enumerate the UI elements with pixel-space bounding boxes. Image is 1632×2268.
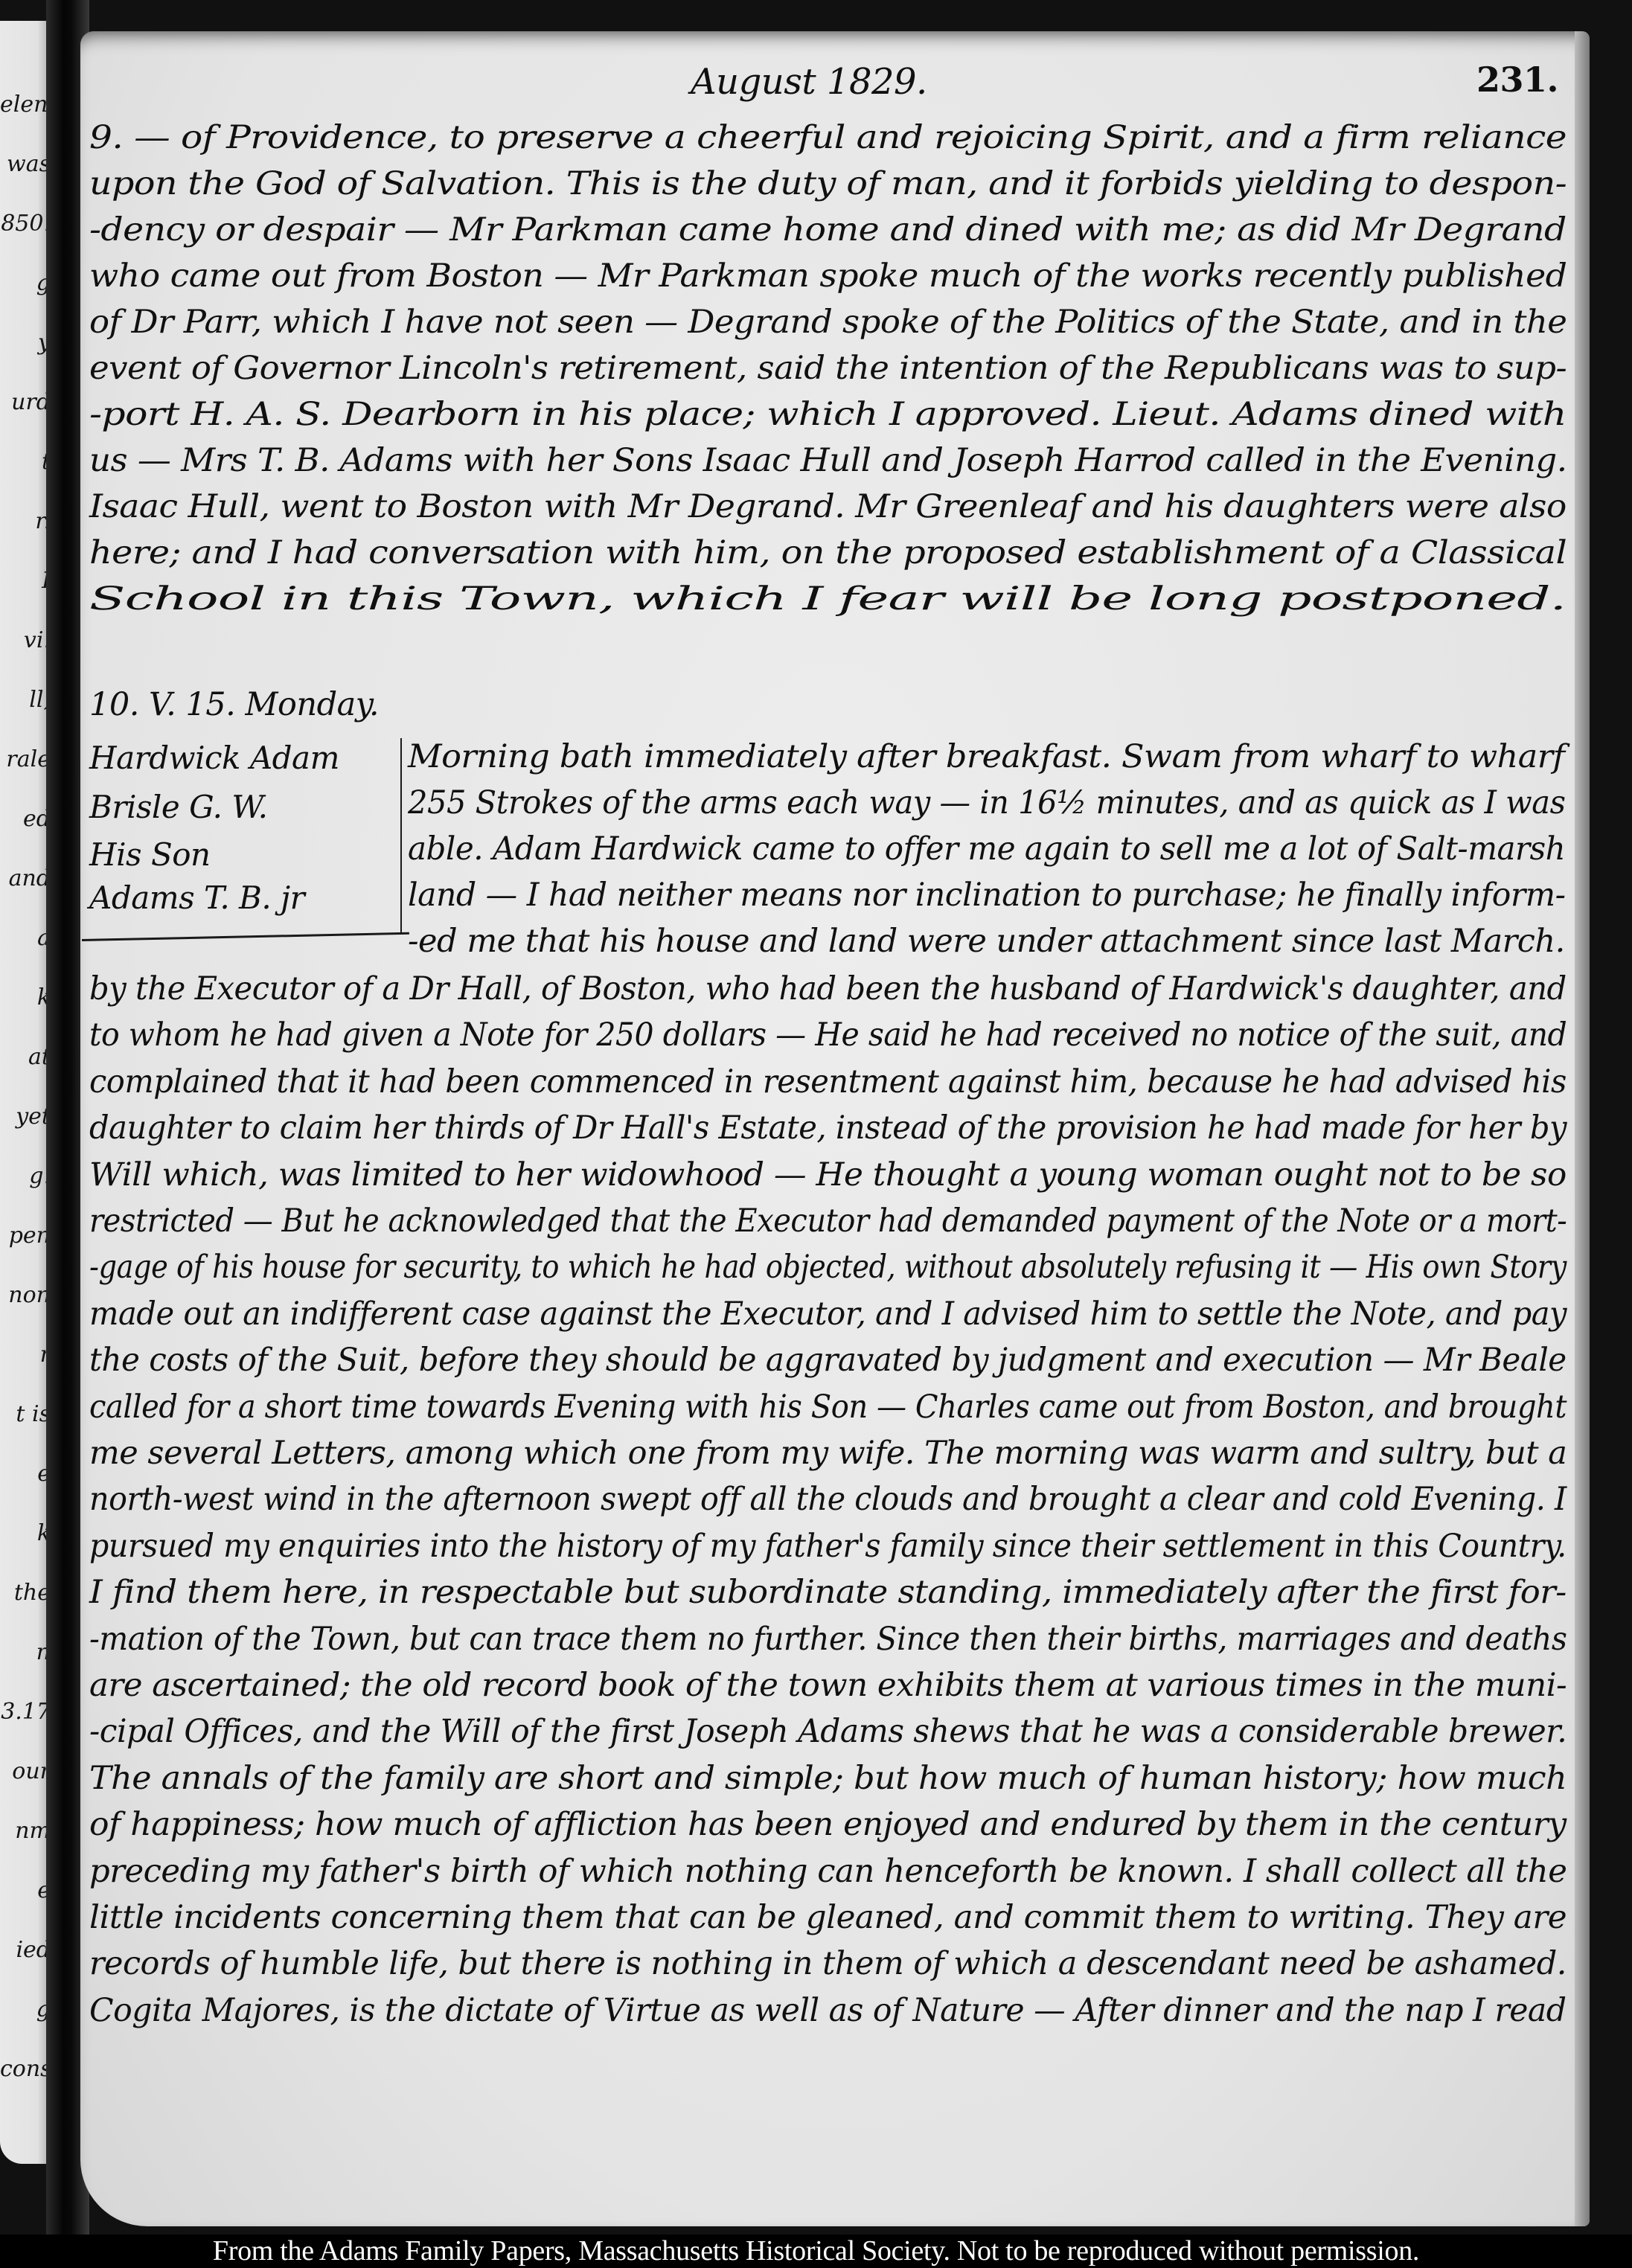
manuscript-line: event of Governor Lincoln's retirement, … [89, 350, 1567, 387]
left-page-text-fragment: e [0, 1877, 52, 1903]
manuscript-line: able. Adam Hardwick came to offer me aga… [408, 830, 1565, 868]
manuscript-line: the costs of the Suit, before they shoul… [89, 1342, 1567, 1379]
left-page-text-fragment: g. [0, 1163, 52, 1189]
manuscript-line: Will which, was limited to her widowhood… [89, 1156, 1567, 1194]
manuscript-line: -cipal Offices, and the Will of the firs… [89, 1713, 1567, 1750]
manuscript-line: us — Mrs T. B. Adams with her Sons Isaac… [89, 442, 1567, 479]
manuscript-line: Cogita Majores, is the dictate of Virtue… [89, 1992, 1567, 2029]
left-page-text-fragment: g [0, 1996, 52, 2022]
left-page-text-fragment: k [0, 984, 52, 1010]
manuscript-line: land — I had neither means nor inclinati… [408, 877, 1565, 914]
manuscript-line: -port H. A. S. Dearborn in his place; wh… [89, 396, 1567, 433]
manuscript-line: 255 Strokes of the arms each way — in 16… [408, 784, 1565, 821]
marginal-name: His Son [89, 836, 211, 873]
manuscript-line: of Dr Parr, which I have not seen — Degr… [89, 304, 1567, 341]
manuscript-line: 9. — of Providence, to preserve a cheerf… [89, 119, 1567, 156]
manuscript-line: -gage of his house for security, to whic… [89, 1249, 1567, 1286]
diary-page: August 1829. 231. 9. — of Providence, to… [80, 31, 1590, 2226]
manuscript-line: Morning bath immediately after breakfast… [408, 738, 1565, 775]
left-page-text-fragment: ed [0, 806, 52, 832]
left-page-text-fragment: k [0, 1520, 52, 1546]
left-page-text-fragment: t [0, 449, 52, 475]
left-page-text-fragment: the [0, 1580, 52, 1606]
manuscript-line: here; and I had conversation with him, o… [89, 534, 1567, 571]
left-page-text-fragment: 850. [0, 211, 52, 237]
manuscript-line: by the Executor of a Dr Hall, of Boston,… [89, 970, 1567, 1008]
marginal-name: Hardwick Adam [89, 740, 339, 776]
manuscript-line: little incidents concerning them that ca… [89, 1899, 1567, 1936]
page-edge [1575, 31, 1590, 2226]
margin-underline-rule [82, 932, 409, 941]
manuscript-line: upon the God of Salvation. This is the d… [89, 165, 1567, 202]
left-page-text-fragment: a [0, 925, 52, 951]
left-page-text-fragment: pen [0, 1223, 52, 1249]
page-heading: August 1829. [691, 61, 927, 103]
copyright-caption: From the Adams Family Papers, Massachuse… [0, 2235, 1632, 2268]
manuscript-line: who came out from Boston — Mr Parkman sp… [89, 257, 1567, 295]
left-page-text-fragment: r [0, 1342, 52, 1368]
left-page-text-fragment: n [0, 1639, 52, 1665]
manuscript-line: School in this Town, which I fear will b… [89, 580, 1566, 618]
left-page-text-fragment: 3.17 [0, 1699, 52, 1725]
manuscript-line: north-west wind in the afternoon swept o… [89, 1481, 1567, 1518]
manuscript-line: of happiness; how much of affliction has… [89, 1806, 1567, 1843]
manuscript-line: -ed me that his house and land were unde… [408, 923, 1565, 960]
left-page-text-fragment: ied [0, 1937, 52, 1963]
left-page-text-fragment: I [0, 568, 52, 594]
left-page-text-fragment: urd [0, 389, 52, 415]
manuscript-line: records of humble life, but there is not… [89, 1945, 1567, 1982]
left-page-text-fragment: elen. [0, 92, 52, 118]
left-page-text-fragment: e [0, 1461, 52, 1487]
manuscript-line: are ascertained; the old record book of … [89, 1667, 1567, 1704]
left-page-text-fragment: r. [0, 508, 52, 534]
manuscript-scan: elen.was850.gyurdtr.Ivi.ll,raleedandakat… [0, 0, 1632, 2235]
margin-bracket [400, 738, 402, 933]
manuscript-line: Isaac Hull, went to Boston with Mr Degra… [89, 488, 1567, 525]
left-page-text-fragment: non [0, 1282, 52, 1308]
manuscript-line: pursued my enquiries into the history of… [89, 1528, 1567, 1565]
manuscript-line: complained that it had been commenced in… [89, 1063, 1567, 1101]
manuscript-line: -dency or despair — Mr Parkman came home… [89, 211, 1567, 249]
left-page-text-fragment: vi. [0, 627, 52, 653]
manuscript-line: me several Letters, among which one from… [89, 1435, 1567, 1472]
left-page-text-fragment: t is [0, 1401, 52, 1427]
manuscript-line: restricted — But he acknowledged that th… [89, 1202, 1567, 1240]
left-page-text-fragment: g [0, 270, 52, 296]
left-page-text-fragment: yet [0, 1103, 52, 1130]
page-number: 231. [1476, 60, 1558, 100]
left-page-text-fragment: and [0, 865, 52, 891]
left-page-text-fragment: rale [0, 746, 52, 772]
marginal-name: Brisle G. W. [89, 789, 268, 825]
manuscript-line: -mation of the Town, but can trace them … [89, 1621, 1567, 1658]
left-page-text-fragment: y [0, 330, 52, 356]
left-page-text-fragment: our [0, 1758, 52, 1784]
left-page-text-fragment: at [0, 1044, 52, 1070]
left-page-text-fragment: cons [0, 2056, 52, 2082]
manuscript-line: preceding my father's birth of which not… [89, 1853, 1567, 1890]
left-page-text-fragment: nm [0, 1818, 52, 1844]
marginal-name: Adams T. B. jr [89, 880, 304, 916]
left-page-text-fragment: ll, [0, 687, 52, 713]
entry-date: 10. V. 15. Monday. [89, 686, 379, 723]
manuscript-line: I find them here, in respectable but sub… [89, 1574, 1567, 1611]
manuscript-line: called for a short time towards Evening … [89, 1388, 1567, 1426]
manuscript-line: made out an indifferent case against the… [89, 1295, 1567, 1333]
manuscript-line: to whom he had given a Note for 250 doll… [89, 1016, 1567, 1054]
left-page-text-fragment: was [0, 151, 52, 177]
manuscript-line: The annals of the family are short and s… [89, 1760, 1567, 1797]
manuscript-line: daughter to claim her thirds of Dr Hall'… [89, 1109, 1567, 1147]
